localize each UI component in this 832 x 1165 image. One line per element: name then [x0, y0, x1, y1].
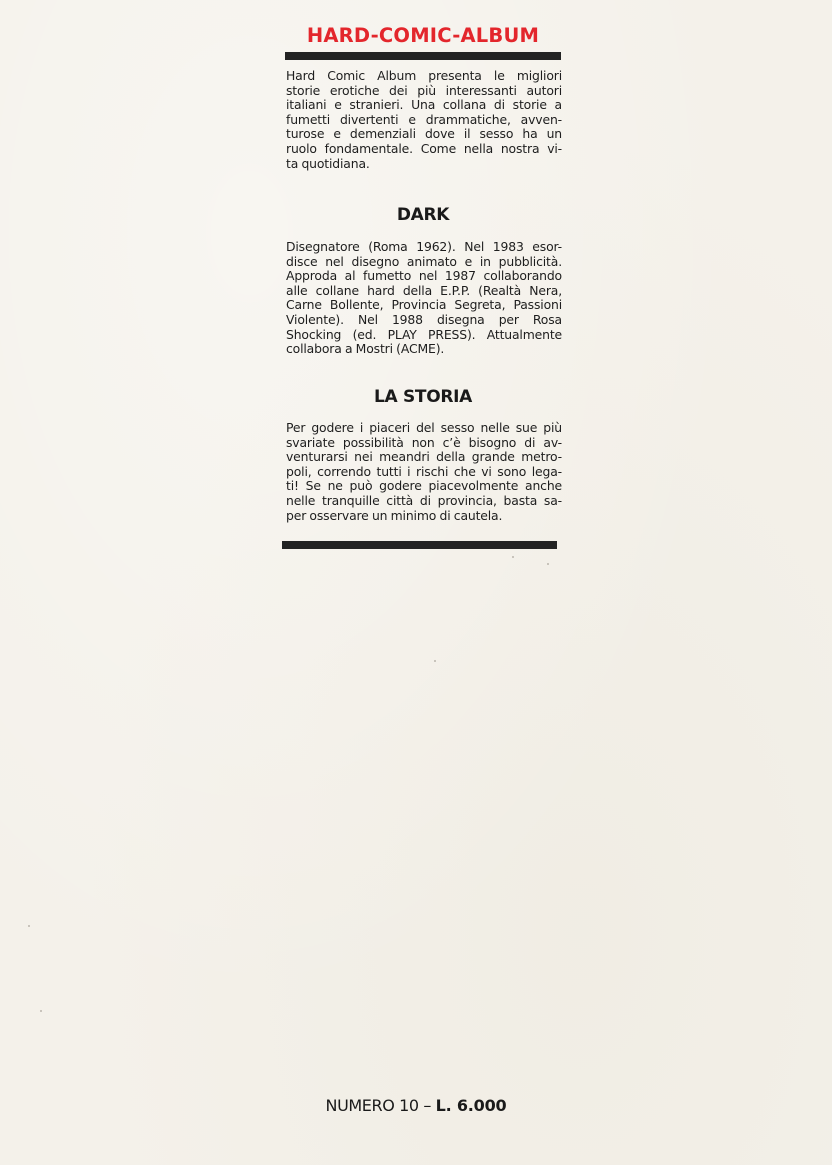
text-line: poli, correndo tutti i rischi che vi son…	[286, 465, 562, 480]
price: L. 6.000	[436, 1096, 507, 1115]
story-paragraph: Per godere i piaceri del sesso nelle sue…	[286, 421, 562, 523]
text-line: alle collane hard della E.P.P. (Realtà N…	[286, 284, 562, 299]
issue-number: NUMERO 10 –	[326, 1096, 436, 1115]
intro-paragraph: Hard Comic Album presenta le miglioristo…	[286, 69, 562, 171]
paper-speck	[40, 1010, 42, 1012]
text-line: fumetti divertenti e drammatiche, avven-	[286, 113, 562, 128]
text-line: nelle tranquille città di provincia, bas…	[286, 494, 562, 509]
author-heading: DARK	[285, 205, 561, 225]
text-line: Shocking (ed. PLAY PRESS). Attualmente	[286, 328, 562, 343]
text-line: collabora a Mostri (ACME).	[286, 342, 562, 357]
author-bio-paragraph: Disegnatore (Roma 1962). Nel 1983 esor-d…	[286, 240, 562, 357]
paper-speck	[28, 925, 30, 927]
text-line: ruolo fondamentale. Come nella nostra vi…	[286, 142, 562, 157]
paper-speck	[512, 556, 514, 558]
text-line: Per godere i piaceri del sesso nelle sue…	[286, 421, 562, 436]
text-line: Carne Bollente, Provincia Segreta, Passi…	[286, 298, 562, 313]
story-heading: LA STORIA	[285, 387, 561, 407]
text-line: Hard Comic Album presenta le migliori	[286, 69, 562, 84]
top-divider-bar	[285, 52, 561, 60]
text-line: ta quotidiana.	[286, 157, 562, 172]
text-line: svariate possibilità non c’è bisogno di …	[286, 436, 562, 451]
text-line: ti! Se ne può godere piacevolmente anche	[286, 479, 562, 494]
text-line: disce nel disegno animato e in pubblicit…	[286, 255, 562, 270]
text-line: storie erotiche dei più interessanti aut…	[286, 84, 562, 99]
text-line: venturarsi nei meandri della grande metr…	[286, 450, 562, 465]
series-title: HARD-COMIC-ALBUM	[285, 24, 561, 48]
text-line: Disegnatore (Roma 1962). Nel 1983 esor-	[286, 240, 562, 255]
bottom-divider-bar	[282, 541, 557, 549]
text-line: Approda al fumetto nel 1987 collaborando	[286, 269, 562, 284]
paper-speck	[547, 563, 549, 565]
text-line: turose e demenziali dove il sesso ha un	[286, 127, 562, 142]
back-cover-page: HARD-COMIC-ALBUM Hard Comic Album presen…	[0, 0, 832, 1165]
paper-speck	[434, 660, 436, 662]
text-line: italiani e stranieri. Una collana di sto…	[286, 98, 562, 113]
text-line: Violente). Nel 1988 disegna per Rosa	[286, 313, 562, 328]
issue-price-footer: NUMERO 10 – L. 6.000	[0, 1096, 832, 1116]
text-line: per osservare un minimo di cautela.	[286, 509, 562, 524]
